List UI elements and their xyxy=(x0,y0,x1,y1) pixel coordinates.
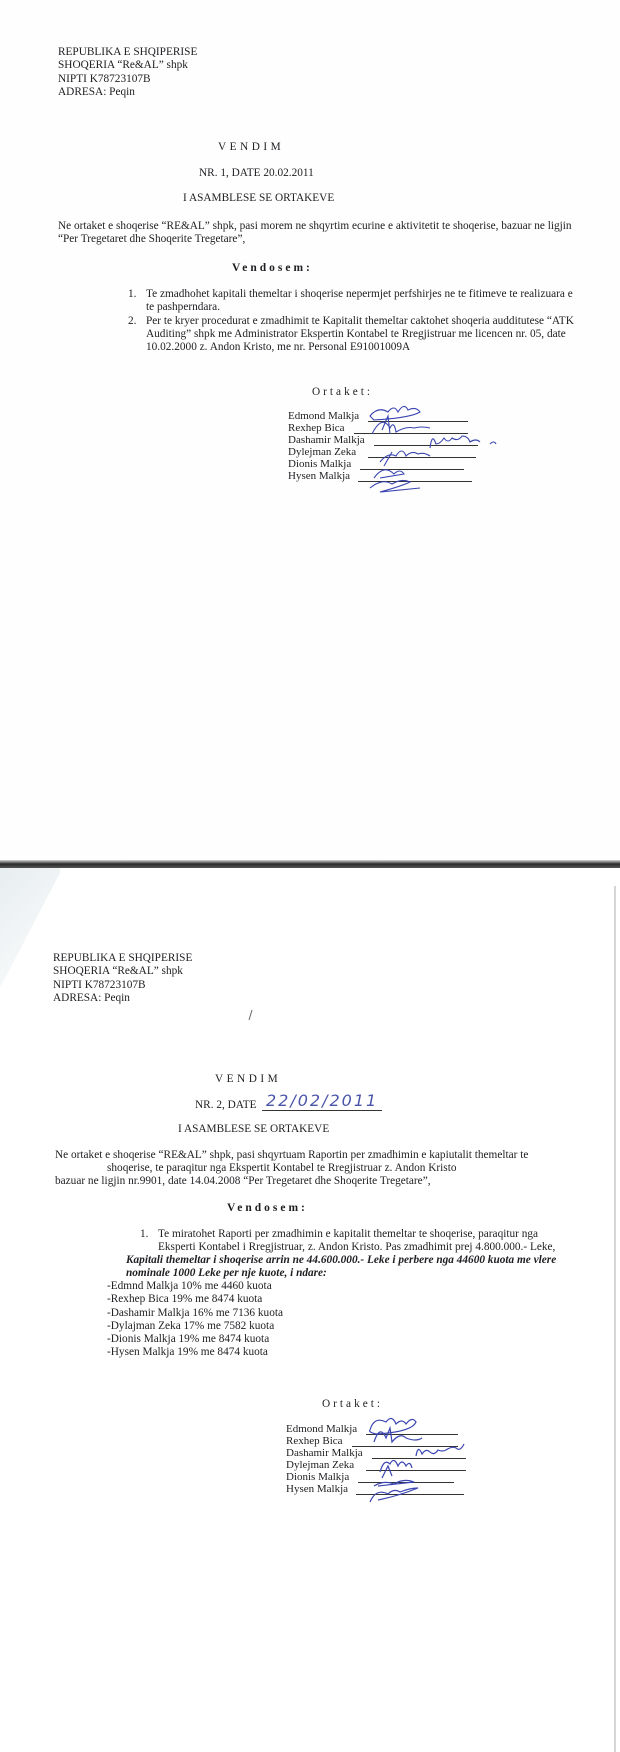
decision-number-date: NR. 1, DATE 20.02.2011 xyxy=(199,167,314,180)
date-line xyxy=(262,1110,382,1111)
document-title: VENDIM xyxy=(215,1073,281,1086)
preamble-line-1: Ne ortaket e shoqerise “RE&AL” shpk, pas… xyxy=(55,1149,528,1162)
signatory-row: Dashamir Malkja xyxy=(288,434,488,446)
share-row: -Edmnd Malkja 10% me 4460 kuota xyxy=(107,1280,283,1293)
handwritten-date: 22/02/2011 xyxy=(266,1091,378,1110)
signatory-row: Dionis Malkja xyxy=(288,458,488,470)
decision-heading: Vendosem: xyxy=(227,1202,308,1214)
item-number: 1. xyxy=(128,288,136,301)
header-address: ADRESA: Peqin xyxy=(53,992,192,1005)
document-page-2: REPUBLIKA E SHQIPERISE SHOQERIA “Re&AL” … xyxy=(0,866,620,1752)
item-text-line-1: Te miratohet Raporti per zmadhimin e kap… xyxy=(158,1228,538,1241)
header-nipt: NIPTI K78723107B xyxy=(58,73,197,86)
signatory-name: Hysen Malkja xyxy=(286,1483,348,1495)
signatory-row: Dylejman Zeka xyxy=(286,1459,486,1471)
company-header: REPUBLIKA E SHQIPERISE SHOQERIA “Re&AL” … xyxy=(53,952,192,1005)
preamble-line-3: bazuar ne ligjin nr.9901, date 14.04.200… xyxy=(55,1175,431,1188)
signatory-name: Dashamir Malkja xyxy=(288,434,365,446)
signatory-row: Edmond Malkja xyxy=(286,1423,486,1435)
document-page-1: REPUBLIKA E SHQIPERISE SHOQERIA “Re&AL” … xyxy=(0,0,620,866)
signatory-name: Dashamir Malkja xyxy=(286,1447,363,1459)
signatories-heading: Ortaket: xyxy=(322,1398,383,1411)
item-number: 2. xyxy=(128,315,136,328)
signatory-name: Dylejman Zeka xyxy=(288,446,356,458)
capital-statement-line-1: Kapitali themeltar i shoqerise arrin ne … xyxy=(126,1254,556,1267)
signatory-name: Rexhep Bica xyxy=(288,422,345,434)
item-text: Te zmadhohet kapitali themeltar i shoqer… xyxy=(146,288,573,313)
item-number: 1. xyxy=(140,1228,148,1241)
assembly-heading: I ASAMBLESE SE ORTAKEVE xyxy=(183,192,334,205)
signatory-name: Dionis Malkja xyxy=(286,1471,349,1483)
signatory-row: Hysen Malkja xyxy=(286,1483,486,1495)
signatory-name: Rexhep Bica xyxy=(286,1435,343,1447)
signatories-heading: Ortaket: xyxy=(312,386,373,399)
signatory-row: Rexhep Bica xyxy=(286,1435,486,1447)
company-header: REPUBLIKA E SHQIPERISE SHOQERIA “Re&AL” … xyxy=(58,46,197,99)
decision-items: 1. Te zmadhohet kapitali themeltar i sho… xyxy=(128,288,576,354)
stray-mark-icon xyxy=(246,1008,256,1022)
share-row: -Rexhep Bica 19% me 8474 kuota xyxy=(107,1293,283,1306)
share-row: -Dylajman Zeka 17% me 7582 kuota xyxy=(107,1320,283,1333)
share-row: -Dionis Malkja 19% me 8474 kuota xyxy=(107,1333,283,1346)
item-text: Per te kryer procedurat e zmadhimit te K… xyxy=(146,315,574,354)
header-republic: REPUBLIKA E SHQIPERISE xyxy=(58,46,197,59)
item-text-line-2: Eksperti Kontabel i Rregjistruar, z. And… xyxy=(158,1241,555,1254)
signatory-row: Rexhep Bica xyxy=(288,422,488,434)
preamble-line-2: shoqerise, te paraqitur nga Ekspertit Ko… xyxy=(107,1162,457,1175)
signatory-row: Edmond Malkja xyxy=(288,410,488,422)
signatories-list: Edmond Malkja Rexhep Bica Dashamir Malkj… xyxy=(286,1423,486,1495)
capital-statement-line-2: nominale 1000 Leke per nje kuote, i ndar… xyxy=(126,1267,327,1280)
header-republic: REPUBLIKA E SHQIPERISE xyxy=(53,952,192,965)
header-company: SHOQERIA “Re&AL” shpk xyxy=(53,965,192,978)
signature-line xyxy=(356,1494,464,1495)
signatory-row: Dylejman Zeka xyxy=(288,446,488,458)
signatory-name: Dionis Malkja xyxy=(288,458,351,470)
signatory-row: Hysen Malkja xyxy=(288,470,488,482)
assembly-heading: I ASAMBLESE SE ORTAKEVE xyxy=(178,1123,329,1136)
signatory-row: Dionis Malkja xyxy=(286,1471,486,1483)
document-title: VENDIM xyxy=(218,141,284,154)
decision-number-date: NR. 2, DATE xyxy=(195,1099,257,1112)
header-company: SHOQERIA “Re&AL” shpk xyxy=(58,59,197,72)
signatory-name: Edmond Malkja xyxy=(286,1423,357,1435)
decision-number: NR. 2, DATE xyxy=(195,1099,257,1111)
share-row: -Dashamir Malkja 16% me 7136 kuota xyxy=(107,1307,283,1320)
signatory-name: Hysen Malkja xyxy=(288,470,350,482)
share-row: -Hysen Malkja 19% me 8474 kuota xyxy=(107,1346,283,1359)
preamble-paragraph: Ne ortaket e shoqerise “RE&AL” shpk, pas… xyxy=(58,220,578,247)
signature-line xyxy=(358,481,472,482)
signatory-name: Edmond Malkja xyxy=(288,410,359,422)
decision-item: 1. Te zmadhohet kapitali themeltar i sho… xyxy=(128,288,576,315)
header-nipt: NIPTI K78723107B xyxy=(53,979,192,992)
signatories-list: Edmond Malkja Rexhep Bica Dashamir Malkj… xyxy=(288,410,488,482)
decision-item: 2. Per te kryer procedurat e zmadhimit t… xyxy=(128,315,576,355)
signatory-row: Dashamir Malkja xyxy=(286,1447,486,1459)
shares-list: -Edmnd Malkja 10% me 4460 kuota -Rexhep … xyxy=(107,1280,283,1360)
decision-heading: Vendosem: xyxy=(232,262,313,274)
signatory-name: Dylejman Zeka xyxy=(286,1459,354,1471)
header-address: ADRESA: Peqin xyxy=(58,86,197,99)
